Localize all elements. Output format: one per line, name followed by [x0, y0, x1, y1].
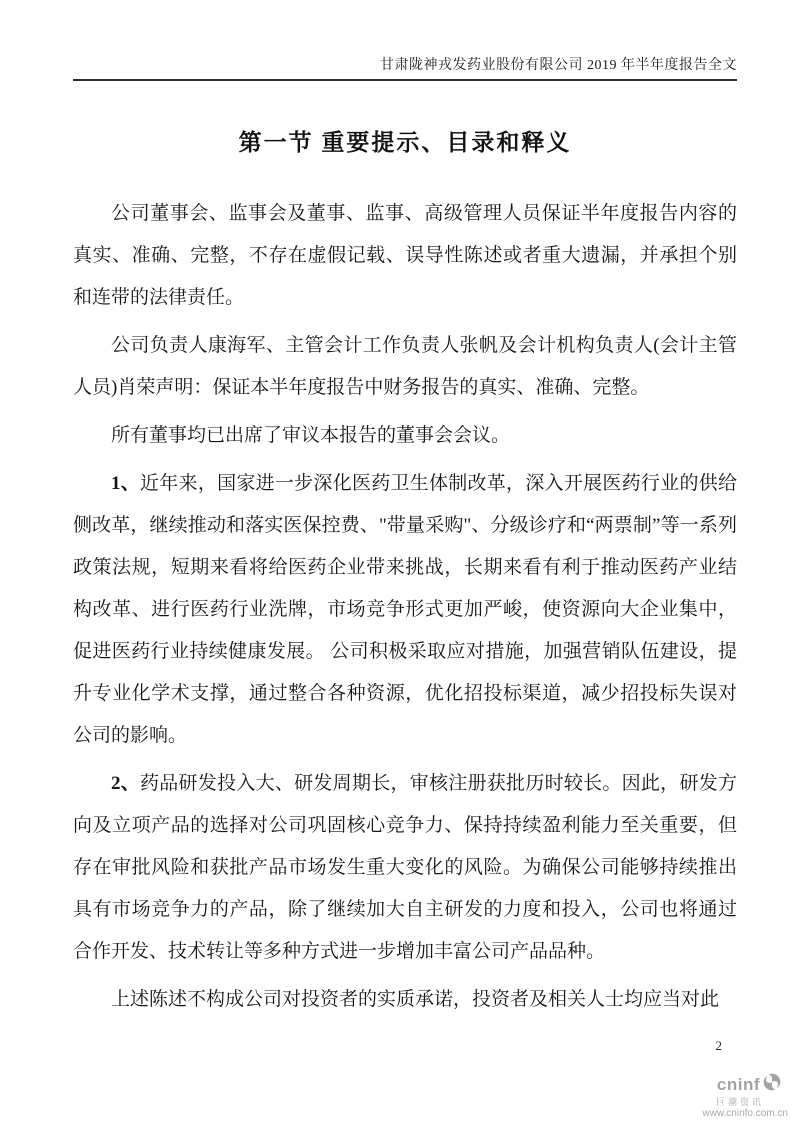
cninfo-logo-icon [762, 1072, 782, 1096]
section-title: 第一节 重要提示、目录和释义 [73, 124, 737, 157]
cninfo-brand-subtitle: 巨潮资讯 [716, 1098, 764, 1107]
page-header: 甘肃陇神戎发药业股份有限公司 2019 年半年度报告全文 [73, 54, 737, 81]
paragraph-board-guarantee: 公司董事会、监事会及董事、监事、高级管理人员保证半年度报告内容的真实、准确、完整… [73, 193, 737, 319]
cninfo-brand-text: cninf [717, 1076, 760, 1093]
paragraph-responsible-persons: 公司负责人康海军、主管会计工作负责人张帆及会计机构负责人(会计主管人员)肖荣声明… [73, 325, 737, 409]
report-body: 公司董事会、监事会及董事、监事、高级管理人员保证半年度报告内容的真实、准确、完整… [73, 193, 737, 1027]
report-page: 甘肃陇神戎发药业股份有限公司 2019 年半年度报告全文 第一节 重要提示、目录… [0, 0, 793, 1122]
paragraph-disclaimer: 上述陈述不构成公司对投资者的实质承诺，投资者及相关人士均应当对此 [73, 979, 737, 1021]
cninfo-brand-url: www.cninfo.com.cn [702, 1109, 788, 1119]
paragraph-risk-1: 1、近年来，国家进一步深化医药卫生体制改革，深入开展医药行业的供给侧改革，继续推… [73, 463, 737, 757]
page-number: 2 [716, 1038, 723, 1054]
report-header-title: 甘肃陇神戎发药业股份有限公司 2019 年半年度报告全文 [380, 58, 737, 73]
cninfo-logo: cninf 巨潮资讯 www.cninfo.com.cn [668, 1072, 788, 1119]
paragraph-risk-2: 2、药品研发投入大、研发周期长，审核注册获批历时较长。因此，研发方向及立项产品的… [73, 763, 737, 973]
cninfo-brand-row: cninf [717, 1072, 782, 1096]
paragraph-directors-attendance: 所有董事均已出席了审议本报告的董事会会议。 [73, 415, 737, 457]
